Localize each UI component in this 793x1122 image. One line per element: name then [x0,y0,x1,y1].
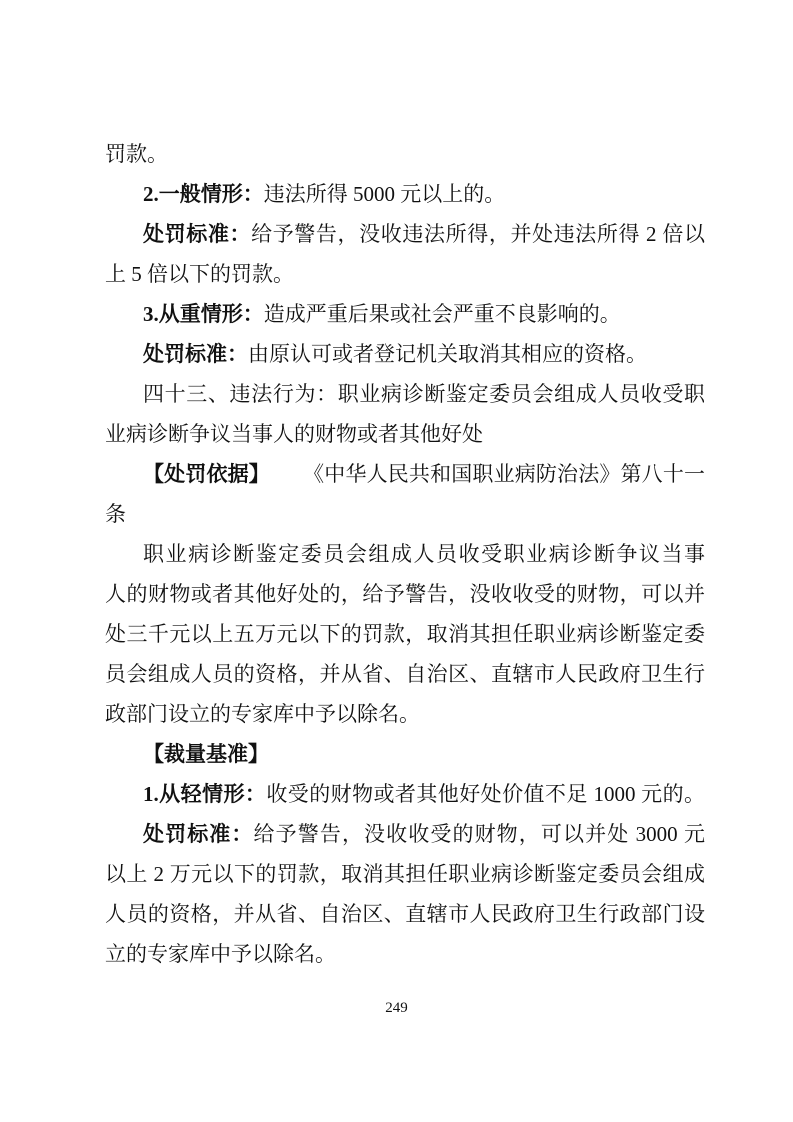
text-run: 政部门设立的专家库中予以除名。 [105,702,420,726]
text-line: 立的专家库中予以除名。 [105,934,705,974]
label-bold-run: 处罚标准： [143,822,254,846]
text-line: 条 [105,494,705,534]
text-run: 罚款。 [105,142,168,166]
text-run: 员会组成人员的资格，并从省、自治区、直辖市人民政府卫生行 [105,662,705,686]
text-run: 给予警告，没收违法所得，并处违法所得 2 倍以 [251,222,705,246]
text-line: 业病诊断争议当事人的财物或者其他好处 [105,414,705,454]
text-run: 条 [105,502,126,526]
text-line: 人员的资格，并从省、自治区、直辖市人民政府卫生行政部门设 [105,894,705,934]
text-run: 职业病诊断鉴定委员会组成人员收受职业病诊断争议当事 [143,542,705,566]
text-run: 上 5 倍以下的罚款。 [105,262,294,286]
text-run: 违法所得 5000 元以上的。 [264,182,506,206]
label-bold-run: 【裁量基准】 [143,742,269,766]
text-line: 处罚标准：由原认可或者登记机关取消其相应的资格。 [105,334,705,374]
text-run: 以上 2 万元以下的罚款，取消其担任职业病诊断鉴定委员会组成 [105,862,705,886]
document-page: 罚款。2.一般情形：违法所得 5000 元以上的。处罚标准：给予警告，没收违法所… [0,0,793,1122]
text-run: 业病诊断争议当事人的财物或者其他好处 [105,422,483,446]
text-line: 政部门设立的专家库中予以除名。 [105,694,705,734]
label-bold-run: 2.一般情形： [143,182,264,206]
text-line: 罚款。 [105,134,705,174]
text-line: 3.从重情形：造成严重后果或社会严重不良影响的。 [105,294,705,334]
text-run: 《中华人民共和国职业病防治法》第八十一 [303,462,705,486]
text-line: 【处罚依据】《中华人民共和国职业病防治法》第八十一 [105,454,705,494]
text-line: 处罚标准：给予警告，没收违法所得，并处违法所得 2 倍以 [105,214,705,254]
label-bold-run: 【处罚依据】 [143,462,270,486]
label-bold-run: 处罚标准： [143,342,248,366]
text-run: 造成严重后果或社会严重不良影响的。 [264,302,621,326]
document-text: 罚款。2.一般情形：违法所得 5000 元以上的。处罚标准：给予警告，没收违法所… [105,134,705,974]
text-line: 2.一般情形：违法所得 5000 元以上的。 [105,174,705,214]
page-number: 249 [0,998,793,1018]
text-run: 立的专家库中予以除名。 [105,942,336,966]
bracket-gap [270,480,303,481]
text-run: 由原认可或者登记机关取消其相应的资格。 [248,342,647,366]
text-run: 人员的资格，并从省、自治区、直辖市人民政府卫生行政部门设 [105,902,705,926]
label-bold-run: 1.从轻情形： [143,782,266,806]
text-line: 四十三、违法行为：职业病诊断鉴定委员会组成人员收受职 [105,374,705,414]
text-line: 人的财物或者其他好处的，给予警告，没收收受的财物，可以并 [105,574,705,614]
label-bold-run: 3.从重情形： [143,302,264,326]
text-line: 1.从轻情形：收受的财物或者其他好处价值不足 1000 元的。 [105,774,705,814]
text-line: 员会组成人员的资格，并从省、自治区、直辖市人民政府卫生行 [105,654,705,694]
text-run: 处三千元以上五万元以下的罚款，取消其担任职业病诊断鉴定委 [105,622,705,646]
text-line: 【裁量基准】 [105,734,705,774]
text-line: 处三千元以上五万元以下的罚款，取消其担任职业病诊断鉴定委 [105,614,705,654]
text-line: 处罚标准：给予警告，没收收受的财物，可以并处 3000 元 [105,814,705,854]
label-bold-run: 处罚标准： [143,222,251,246]
text-line: 以上 2 万元以下的罚款，取消其担任职业病诊断鉴定委员会组成 [105,854,705,894]
text-run: 收受的财物或者其他好处价值不足 1000 元的。 [266,782,705,806]
text-line: 职业病诊断鉴定委员会组成人员收受职业病诊断争议当事 [105,534,705,574]
text-run: 人的财物或者其他好处的，给予警告，没收收受的财物，可以并 [105,582,705,606]
text-line: 上 5 倍以下的罚款。 [105,254,705,294]
text-run: 四十三、违法行为：职业病诊断鉴定委员会组成人员收受职 [143,382,705,406]
text-run: 给予警告，没收收受的财物，可以并处 3000 元 [254,822,705,846]
